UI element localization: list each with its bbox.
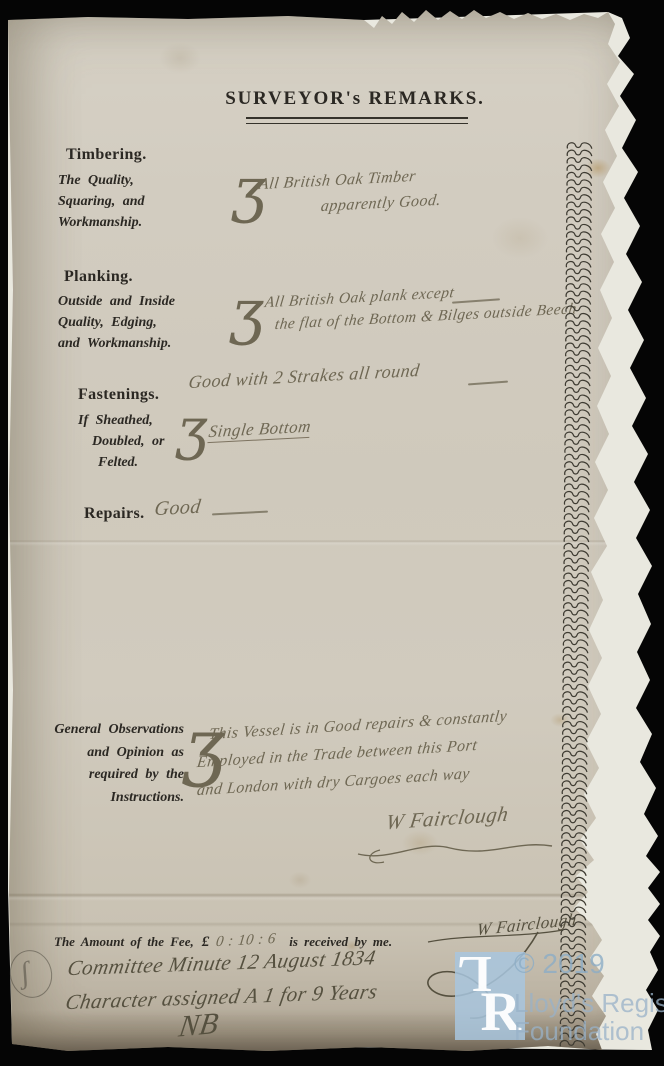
observations-label: General Observations and Opinion as requ… (44, 719, 184, 809)
sheathing-label: If Sheathed, Doubled, or Felted. (78, 410, 164, 473)
page-title: SURVEYOR's REMARKS. (140, 88, 570, 110)
brace-mark: ʒ (183, 706, 225, 786)
watermark-line2: Foundation (514, 1016, 644, 1047)
repairs-answer: Good (153, 496, 202, 522)
timbering-label: The Quality, Squaring, and Workmanship. (58, 170, 144, 233)
section-heading-fastenings: Fastenings. (78, 386, 159, 404)
paper-stains-and-creases (8, 10, 652, 1054)
watermark-copyright: © 2019 (514, 948, 605, 980)
watermark-line1: Lloyd's Register (514, 988, 664, 1019)
scanned-document-photo: SURVEYOR's REMARKS. Timbering. The Quali… (0, 0, 664, 1066)
section-heading-planking: Planking. (64, 268, 133, 286)
document-page (8, 10, 652, 1054)
fee-prefix: The Amount of the Fee, (54, 934, 194, 949)
currency-symbol: £ (198, 934, 214, 950)
title-rule (246, 117, 468, 124)
pen-flourish (350, 834, 560, 868)
brace-mark: ʒ (176, 400, 208, 460)
section-heading-timbering: Timbering. (66, 146, 147, 164)
planking-label: Outside and Inside Quality, Edging, and … (58, 291, 175, 354)
clerk-initials: NB (177, 1007, 222, 1045)
section-heading-repairs: Repairs. (84, 505, 145, 523)
brace-mark: ʒ (230, 282, 264, 342)
sheathing-answer: Single Bottom (208, 417, 313, 443)
